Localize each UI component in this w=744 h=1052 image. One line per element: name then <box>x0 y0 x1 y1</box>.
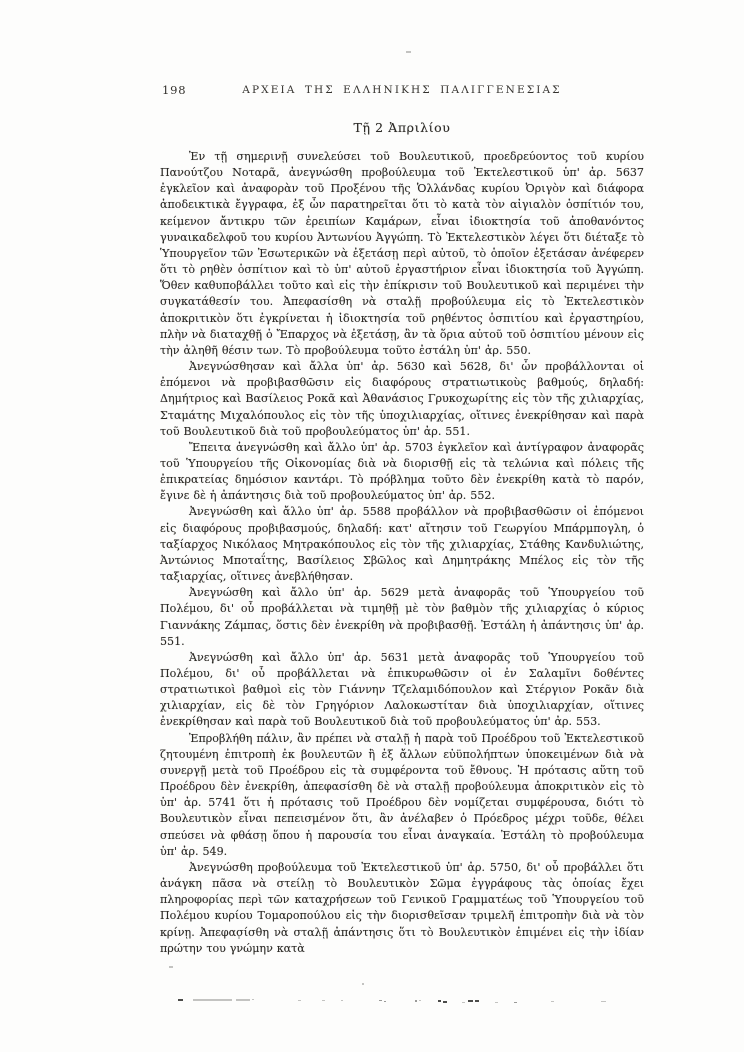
scan-speck <box>495 1002 498 1003</box>
paragraph: Ἀνεγνώσθη καὶ ἄλλο ὑπ' ἀρ. 5631 μετὰ ἀνα… <box>160 650 644 731</box>
scan-speck <box>298 1000 301 1001</box>
running-header: ΑΡΧΕΙΑ ΤΗΣ ΕΛΛΗΝΙΚΗΣ ΠΑΛΙΓΓΕΝΕΣΙΑΣ <box>160 84 644 96</box>
scan-speck <box>438 1000 441 1002</box>
scan-speck <box>178 999 183 1001</box>
scan-speck <box>379 1000 382 1001</box>
scan-speck <box>169 966 173 968</box>
scan-dash <box>236 999 250 1001</box>
scan-speck <box>468 1000 473 1002</box>
scan-dash <box>193 999 232 1001</box>
scan-speck <box>462 1002 465 1003</box>
scan-speck <box>406 51 411 53</box>
paragraph: Ἔπειτα ἀνεγνώσθη καὶ ἄλλο ὑπ' ἀρ. 5703 ἐ… <box>160 440 644 505</box>
paragraph: Ἀνεγνώσθη καὶ ἄλλο ὑπ' ἀρ. 5588 προβάλλο… <box>160 504 644 585</box>
document-body: Ἐν τῇ σημερινῇ συνελεύσει τοῦ Βουλευτικο… <box>160 149 644 957</box>
scan-speck <box>322 1000 325 1001</box>
paragraph: Ἀνεγνώσθη καὶ ἄλλο ὑπ' ἀρ. 5629 μετὰ ἀνα… <box>160 585 644 650</box>
scanned-book-page: 198 ΑΡΧΕΙΑ ΤΗΣ ΕΛΛΗΝΙΚΗΣ ΠΑΛΙΓΓΕΝΕΣΙΑΣ Τ… <box>0 0 744 1052</box>
scan-speck <box>551 1001 554 1002</box>
paragraph: Ἐν τῇ σημερινῇ συνελεύσει τοῦ Βουλευτικο… <box>160 149 644 359</box>
paragraph: Ἐπροβλήθη πάλιν, ἂν πρέπει νὰ σταλῇ ἡ πα… <box>160 731 644 860</box>
scan-speck <box>514 1002 517 1003</box>
paragraph: Ἀνεγνώσθη προβούλευμα τοῦ Ἐκτελεστικοῦ ὑ… <box>160 860 644 957</box>
scan-speck <box>601 1001 606 1002</box>
scan-speck <box>415 1000 417 1002</box>
scan-speck <box>362 983 364 985</box>
scan-speck <box>419 1000 421 1001</box>
scan-speck <box>475 1000 479 1002</box>
scan-speck <box>443 1001 447 1003</box>
scan-speck <box>384 1001 386 1002</box>
date-heading: Τῇ 2 Ἀπριλίου <box>160 120 644 135</box>
scan-speck <box>238 936 240 939</box>
scan-speck <box>252 999 254 1000</box>
paragraph: Ἀνεγνώσθησαν καὶ ἄλλα ὑπ' ἀρ. 5630 καὶ 5… <box>160 359 644 440</box>
scan-speck <box>341 1000 343 1001</box>
